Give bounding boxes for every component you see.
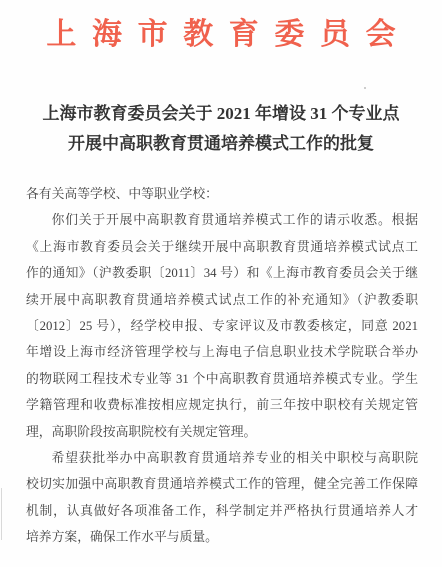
body-line: 《上海市教育委员会关于继续开展中高职教育贯通培养模式试点工	[26, 234, 418, 260]
body-line: 年增设上海市经济管理学校与上海电子信息职业技术学院联合举办	[26, 339, 418, 365]
document-title: 上海市教育委员会关于 2021 年增设 31 个专业点 开展中高职教育贯通培养模…	[0, 99, 442, 159]
body-line: 校切实加强中高职教育贯通培养模式工作的管理，健全完善工作保障	[26, 471, 418, 497]
body-line: 续开展中高职教育贯通培养模式试点工作的补充通知》（沪教委职	[26, 287, 418, 313]
body-line: 的物联网工程技术专业等 31 个中高职教育贯通培养模式专业。学生	[26, 366, 418, 392]
body-line: 理，高职阶段按高职院校有关规定管理。	[26, 419, 418, 445]
body-line: 〔2012〕25 号），经学校申报、专家评议及市教委核定，同意 2021	[26, 313, 418, 339]
document-title-line-2: 开展中高职教育贯通培养模式工作的批复	[0, 129, 442, 159]
salutation: 各有关高等学校、中等职业学校：	[26, 181, 418, 207]
scan-dot-artifact	[364, 87, 366, 89]
body-line: 作的通知》（沪教委职〔2011〕34 号）和《上海市教育委员会关于继	[26, 260, 418, 286]
body-line: 学籍管理和收费标准按相应规定执行，前三年按中职校有关规定管	[26, 392, 418, 418]
document-title-line-1: 上海市教育委员会关于 2021 年增设 31 个专业点	[0, 99, 442, 129]
official-document-page: 上海市教育委员会 上海市教育委员会关于 2021 年增设 31 个专业点 开展中…	[0, 0, 442, 567]
scan-edge-artifact	[1, 488, 2, 540]
body-line: 你们关于开展中高职教育贯通培养模式工作的请示收悉。根据	[26, 207, 418, 233]
body-line: 希望获批举办中高职教育贯通培养专业的相关中职校与高职院	[26, 445, 418, 471]
letterhead-agency-name: 上海市教育委员会	[0, 17, 442, 53]
body-line: 机制，认真做好各项准备工作，科学制定并严格执行贯通培养人才	[26, 498, 418, 524]
document-body: 各有关高等学校、中等职业学校： 你们关于开展中高职教育贯通培养模式工作的请示收悉…	[26, 181, 418, 550]
body-line: 培养方案，确保工作水平与质量。	[26, 524, 418, 550]
